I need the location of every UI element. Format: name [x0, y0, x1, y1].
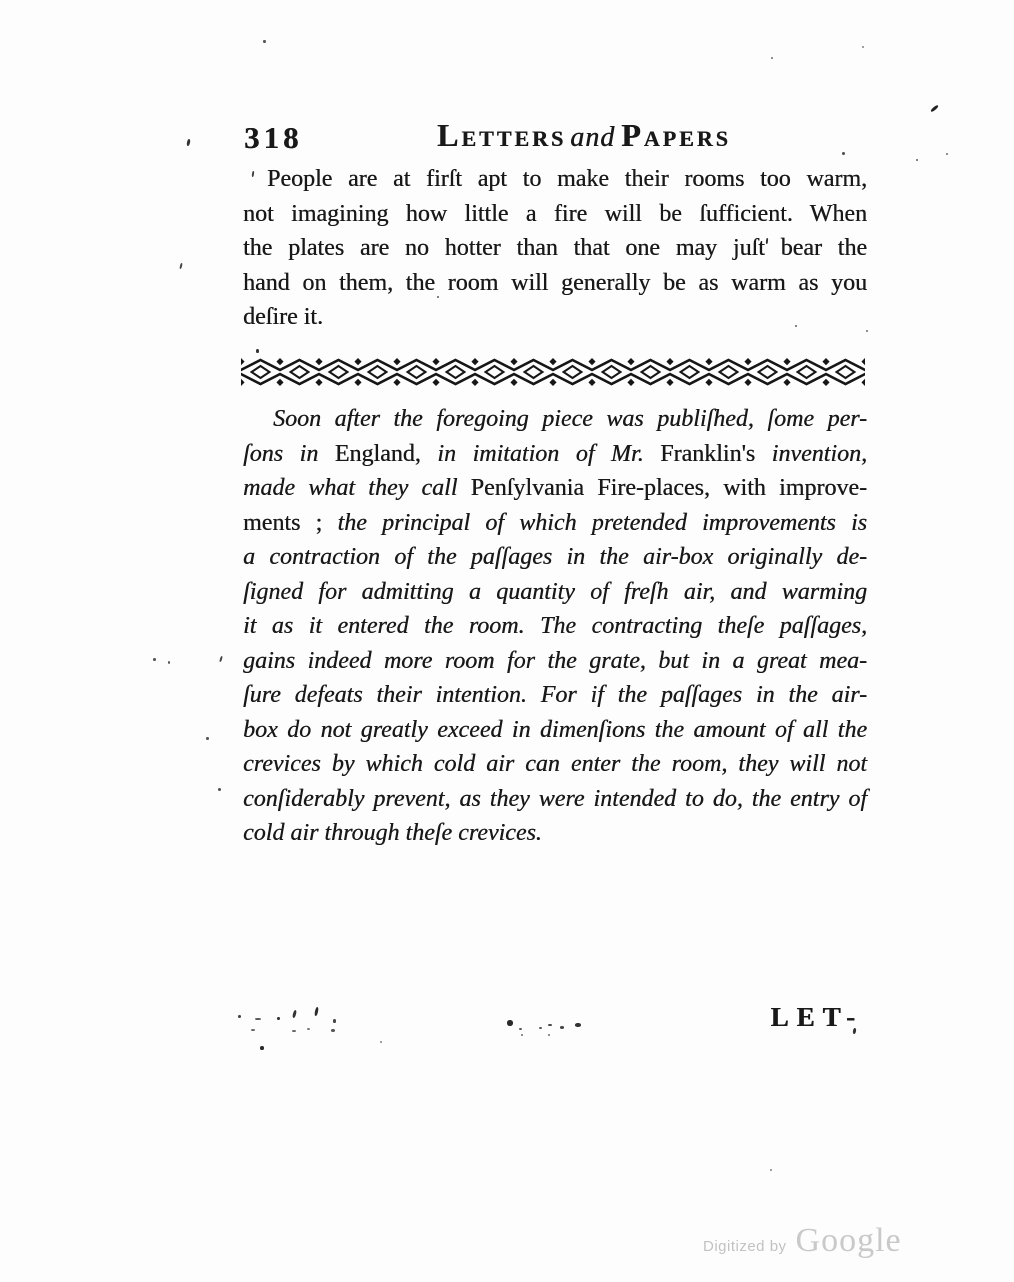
catchword: LET-: [243, 1002, 863, 1033]
print-speck: [238, 1015, 241, 1018]
page-number: 318: [244, 120, 303, 156]
print-speck: [437, 296, 439, 298]
text-line: it as it entered the room. The contracti…: [243, 609, 867, 644]
text-line: ſons in England, in imitation of Mr. Fra…: [243, 437, 867, 472]
italic-text: box do not greatly exceed in dimenſions …: [243, 717, 867, 743]
print-speck: [771, 57, 773, 59]
italic-text: a contraction of the paſſages in the air…: [243, 544, 867, 570]
print-speck: [380, 1041, 382, 1043]
roman-text: Penſylvania Fire-places, with improve-: [471, 475, 867, 501]
print-speck: [862, 46, 864, 48]
print-speck: [292, 1030, 296, 1032]
text-line: deſire it.: [243, 300, 867, 335]
running-head-conjunction: and: [570, 122, 615, 153]
print-speck: [333, 1019, 336, 1023]
print-speck: [770, 1169, 772, 1171]
google-logo: Google: [796, 1222, 902, 1260]
print-speck: [548, 1024, 552, 1026]
book-page-scan: 318 LettersandPapers People are at firſt…: [0, 0, 1014, 1282]
running-head-word: Letters: [437, 117, 566, 153]
italic-text: ſure defeats their intention. For if the…: [243, 682, 867, 708]
italic-text: gains indeed more room for the grate, bu…: [243, 648, 867, 674]
text-line: gains indeed more room for the grate, bu…: [243, 644, 867, 679]
print-speck: [179, 263, 182, 269]
text-line: Soon after the foregoing piece was publi…: [243, 402, 867, 437]
italic-text: cold air through theſe crevices.: [243, 820, 542, 846]
print-speck: [930, 104, 939, 112]
running-head: LettersandPapers: [437, 117, 731, 154]
print-speck: [307, 1028, 310, 1030]
print-speck: [331, 1029, 335, 1032]
print-speck: [255, 1018, 261, 1020]
italic-text: Soon after the foregoing piece was publi…: [273, 406, 867, 432]
text-line: the plates are no hotter than that one m…: [243, 231, 867, 266]
print-speck: [866, 330, 868, 332]
print-speck: [795, 325, 797, 327]
roman-text: England,: [335, 441, 421, 467]
print-speck: [219, 656, 223, 662]
text-line: a contraction of the paſſages in the air…: [243, 540, 867, 575]
text-line: box do not greatly exceed in dimenſions …: [243, 713, 867, 748]
print-speck: [916, 159, 918, 161]
text-line: conſiderably prevent, as they were inten…: [243, 782, 867, 817]
italic-text: conſiderably prevent, as they were inten…: [243, 786, 867, 812]
text-line: ſigned for admitting a quantity of freſh…: [243, 575, 867, 610]
italic-text: it as it entered the room. The contracti…: [243, 613, 867, 639]
print-speck: [168, 661, 170, 664]
print-speck: [560, 1026, 564, 1029]
print-speck: [186, 139, 190, 146]
print-speck: [153, 658, 156, 661]
print-speck: [251, 1029, 255, 1031]
digitized-by-google-watermark: Digitized by Google: [703, 1222, 902, 1260]
text-line: hand on them, the room will generally be…: [243, 266, 867, 301]
italic-text: crevices by which cold air can enter the…: [243, 751, 867, 777]
print-speck: [260, 1046, 264, 1050]
print-speck: [539, 1027, 542, 1029]
print-speck: [263, 40, 266, 43]
italic-text: made what they call: [243, 475, 471, 501]
text-line: not imagining how little a fire will be …: [243, 197, 867, 232]
italic-text: ſigned for admitting a quantity of freſh…: [243, 579, 867, 605]
print-speck: [548, 1034, 550, 1036]
ornament-diamond-chain: [241, 354, 865, 390]
paragraph-italic: Soon after the foregoing piece was publi…: [243, 402, 867, 851]
print-speck: [256, 349, 259, 353]
text-line: ments ; the principal of which pretended…: [243, 506, 867, 541]
print-speck: [853, 1028, 857, 1034]
print-speck: [218, 788, 221, 791]
print-speck: [521, 1034, 523, 1036]
print-speck: [519, 1028, 522, 1030]
italic-text: the principal of which pretended improve…: [337, 510, 867, 536]
italic-text: invention,: [755, 441, 867, 467]
print-speck: [575, 1023, 581, 1027]
text-line: crevices by which cold air can enter the…: [243, 747, 867, 782]
text-line: cold air through theſe crevices.: [243, 816, 867, 851]
text-line: made what they call Penſylvania Fire-pla…: [243, 471, 867, 506]
text-line: People are at firſt apt to make their ro…: [243, 162, 867, 197]
print-speck: [507, 1020, 513, 1026]
roman-text: ments ;: [243, 510, 337, 536]
print-speck: [206, 737, 209, 740]
running-head-word: Papers: [621, 117, 731, 153]
paragraph-roman: People are at firſt apt to make their ro…: [243, 162, 867, 335]
print-speck: [946, 153, 948, 155]
print-speck: [842, 152, 845, 155]
roman-text: Franklin's: [660, 441, 755, 467]
print-speck: [277, 1017, 280, 1020]
italic-text: ſons in: [243, 441, 335, 467]
text-line: ſure defeats their intention. For if the…: [243, 678, 867, 713]
watermark-prefix: Digitized by: [703, 1238, 787, 1255]
italic-text: in imitation of Mr.: [421, 441, 660, 467]
